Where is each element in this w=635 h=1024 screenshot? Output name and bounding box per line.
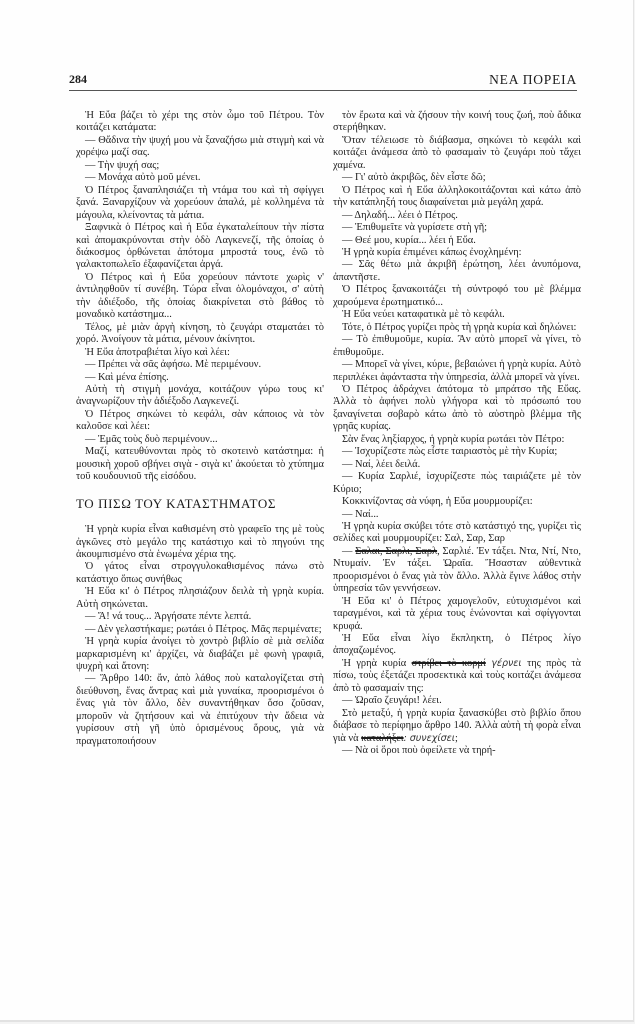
right-column: τὸν ἔρωτα καὶ νὰ ζήσουν τὴν κοινή τους ζ…: [333, 110, 581, 758]
paragraph: Ὁ Πέτρος ξανακοιτάζει τὴ σύντροφό του μὲ…: [333, 284, 581, 309]
paragraph: Στὸ μεταξύ, ἡ γρηὰ κυρία ξανασκύβει στὸ …: [333, 708, 581, 745]
paragraph: — Κυρία Σαρλιέ, ἰσχυρίζεστε πὼς ταιριάζε…: [333, 471, 581, 496]
struck-text: στρίβει τὸ κορμί: [412, 658, 486, 669]
paragraph: — Σαλαι, Σαρλι, Σαρλ, Σαρλιέ. Ἐν τάξει. …: [333, 546, 581, 596]
document-page: 284 ΝΕΑ ΠΟΡΕΙΑ Ἡ Εὔα βάζει τὸ χέρι της σ…: [0, 0, 634, 1022]
paragraph: — Θεέ μου, κυρία... λέει ἡ Εὔα.: [333, 235, 581, 247]
paragraph: Σὰν ἕνας ληξίαρχος, ἡ γρηὰ κυρία ρωτάει …: [333, 434, 581, 446]
paragraph: — Ἄ! νά τους... Ἀργήσατε πέντε λεπτά.: [76, 611, 324, 623]
paragraph: Μαζί, κατευθύνονται πρὸς τὸ σκοτεινὸ κατ…: [76, 446, 324, 483]
paragraph: — Τὸ ἐπιθυμοῦμε, κυρία. Ἂν αὐτὸ μπορεῖ ν…: [333, 334, 581, 359]
paragraph: Ἡ Εὔα ἀποτραβιέται λίγο καὶ λέει:: [76, 347, 324, 359]
paragraph: Ἡ Εὔα κι' ὁ Πέτρος πλησιάζουν δειλὰ τὴ γ…: [76, 586, 324, 611]
paragraph: — Τὴν ψυχή σας;: [76, 160, 324, 172]
paragraph: Ἡ Εὔα βάζει τὸ χέρι της στὸν ὦμο τοῦ Πέτ…: [76, 110, 324, 135]
page-header: 284 ΝΕΑ ΠΟΡΕΙΑ: [69, 72, 577, 91]
paragraph: — Πρέπει νὰ σᾶς ἀφήσω. Μὲ περιμένουν.: [76, 359, 324, 371]
paragraph: — Θἄδινα τὴν ψυχή μου νὰ ξαναζήσω μιὰ στ…: [76, 135, 324, 160]
left-column: Ἡ Εὔα βάζει τὸ χέρι της στὸν ὦμο τοῦ Πέτ…: [76, 110, 324, 748]
paragraph: Ἡ γρηὰ κυρία ἐπιμένει κάπως ἐνοχλημένη:: [333, 247, 581, 259]
struck-text: Σαλαι, Σαρλι, Σαρλ: [355, 546, 437, 557]
paragraph: Ἡ Εὔα νεύει καταφατικὰ μὲ τὸ κεφάλι.: [333, 309, 581, 321]
paragraph: Ὁ Πέτρος σηκώνει τὸ κεφάλι, σὰν κάποιος …: [76, 409, 324, 434]
paragraph: Τότε, ὁ Πέτρος γυρίζει πρὸς τὴ γρηὰ κυρί…: [333, 322, 581, 334]
paragraph: — Ἄρθρο 140: ἄν, ἀπὸ λάθος ποὺ καταλογίζ…: [76, 673, 324, 748]
paragraph: Ὁ Πέτρος ξαναπλησιάζει τὴ ντάμα του καὶ …: [76, 185, 324, 222]
paragraph: — Ἰσχυρίζεστε πὼς εἶστε ταιριαστὸς μὲ τὴ…: [333, 446, 581, 458]
paragraph: τὸν ἔρωτα καὶ νὰ ζήσουν τὴν κοινή τους ζ…: [333, 110, 581, 135]
paragraph: Ὅταν τέλειωσε τὸ διάβασμα, σηκώνει τὸ κε…: [333, 135, 581, 172]
paragraph: — Ἐμᾶς τοὺς δυὸ περιμένουν...: [76, 434, 324, 446]
paragraph: Ἡ Εὔα κι' ὁ Πέτρος χαμογελοῦν, εὐτυχισμέ…: [333, 596, 581, 633]
paragraph: Ὁ Πέτρος ἀδράχνει ἀπότομα τὸ μπράτσο τῆς…: [333, 384, 581, 434]
paragraph: — Μπορεῖ νὰ γίνει, κύριε, βεβαιώνει ἡ γρ…: [333, 359, 581, 384]
paragraph: — Ὡραῖο ζευγάρι! λέει.: [333, 695, 581, 707]
paragraph: — Ἐπιθυμεῖτε νὰ γυρίσετε στὴ γῆ;: [333, 222, 581, 234]
paragraph: — Καὶ μένα ἐπίσης.: [76, 372, 324, 384]
paragraph: Ὁ Πέτρος καὶ ἡ Εὔα ἀλληλοκοιτάζονται καὶ…: [333, 185, 581, 210]
paragraph: Τέλος, μὲ μιὰν ἀργὴ κίνηση, τὸ ζευγάρι σ…: [76, 322, 324, 347]
handwritten-annotation: : συνεχίσει: [404, 733, 455, 744]
paragraph: Ἡ γρηὰ κυρία στρίβει τὸ κορμί γέρνει της…: [333, 658, 581, 695]
paragraph: — Ναί...: [333, 509, 581, 521]
paragraph: — Ναί, λέει δειλά.: [333, 459, 581, 471]
paragraph: Αὐτὴ τὴ στιγμὴ μονάχα, κοιτάζουν γύρω το…: [76, 384, 324, 409]
running-title: ΝΕΑ ΠΟΡΕΙΑ: [489, 72, 577, 88]
paragraph: Ἡ γρηὰ κυρία ἀνοίγει τὸ χοντρὸ βιβλίο σὲ…: [76, 636, 324, 673]
paragraph: — Σᾶς θέτω μιὰ ἀκριβῆ ἐρώτηση, λέει ἀνυπ…: [333, 259, 581, 284]
paragraph: Ὁ γάτος εἶναι στρογγυλοκαθισμένος πάνω σ…: [76, 561, 324, 586]
paragraph: — Δηλαδή... λέει ὁ Πέτρος.: [333, 210, 581, 222]
page-number: 284: [69, 72, 87, 87]
paragraph: Ἡ γρηὰ κυρία εἶναι καθισμένη στὸ γραφεῖο…: [76, 524, 324, 561]
section-heading: ΤΟ ΠΙΣΩ ΤΟΥ ΚΑΤΑΣΤΗΜΑΤΟΣ: [76, 498, 324, 510]
struck-text: καταλήξει: [361, 733, 403, 744]
paragraph: Ὁ Πέτρος καὶ ἡ Εὔα χορεύουν πάντοτε χωρὶ…: [76, 272, 324, 322]
paragraph: — Νὰ οἱ ὅροι ποὺ ὀφείλετε νὰ τηρή-: [333, 745, 581, 757]
handwritten-annotation: γέρνει: [491, 658, 521, 669]
paragraph: Ξαφνικὰ ὁ Πέτρος καὶ ἡ Εὔα ἐγκαταλείπουν…: [76, 222, 324, 272]
paragraph: Ἡ γρηὰ κυρία σκύβει τότε στὸ κατάστιχό τ…: [333, 521, 581, 546]
paragraph: — Μονάχα αὐτὸ μοῦ μένει.: [76, 172, 324, 184]
paragraph: — Γι' αὐτὸ ἀκριβῶς, δὲν εἶστε δῶ;: [333, 172, 581, 184]
paragraph: Κοκκινίζοντας σὰ νύφη, ἡ Εὔα μουρμουρίζε…: [333, 496, 581, 508]
paragraph: Ἡ Εὔα εἶναι λίγο ἔκπληκτη, ὁ Πέτρος λίγο…: [333, 633, 581, 658]
paragraph: — Δὲν γελαστήκαμε; ρωτάει ὁ Πέτρος. Μᾶς …: [76, 624, 324, 636]
